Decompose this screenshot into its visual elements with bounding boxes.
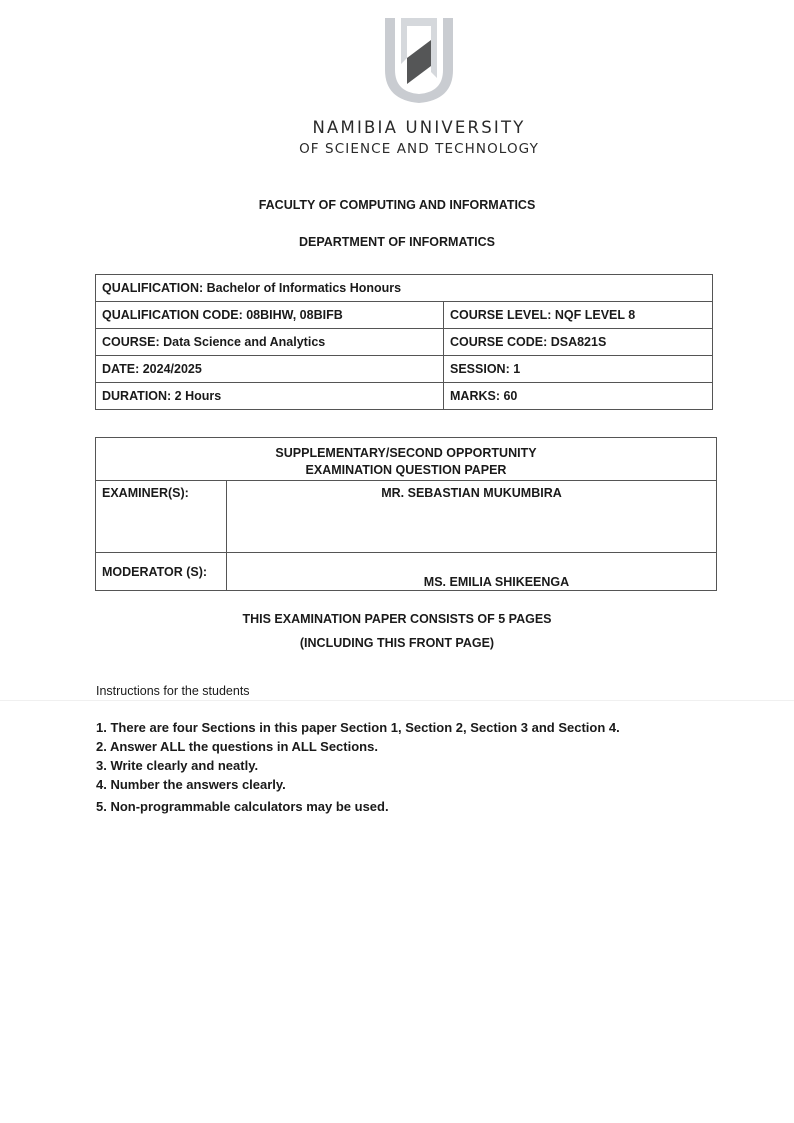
exam-type-line2: EXAMINATION QUESTION PAPER [102, 462, 710, 479]
table-row: QUALIFICATION CODE: 08BIHW, 08BIFB COURS… [96, 302, 713, 329]
table-row: DURATION: 2 Hours MARKS: 60 [96, 383, 713, 410]
course-details-table: QUALIFICATION: Bachelor of Informatics H… [95, 274, 713, 410]
instruction-item: 2. Answer ALL the questions in ALL Secti… [96, 737, 620, 756]
session-cell: SESSION: 1 [444, 356, 713, 383]
table-row: DATE: 2024/2025 SESSION: 1 [96, 356, 713, 383]
faculty-title: FACULTY OF COMPUTING AND INFORMATICS [0, 198, 794, 212]
university-name: NAMIBIA UNIVERSITY [0, 118, 794, 137]
exam-type-line1: SUPPLEMENTARY/SECOND OPPORTUNITY [102, 445, 710, 462]
nust-shield-logo-icon [371, 8, 467, 104]
course-level-cell: COURSE LEVEL: NQF LEVEL 8 [444, 302, 713, 329]
table-row: EXAMINER(S): MR. SEBASTIAN MUKUMBIRA [96, 481, 717, 553]
scan-artifact-line [0, 700, 794, 701]
instructions-list: 1. There are four Sections in this paper… [96, 718, 620, 816]
instruction-item: 3. Write clearly and neatly. [96, 756, 620, 775]
moderator-label: MODERATOR (S): [96, 553, 227, 591]
instructions-heading: Instructions for the students [96, 684, 250, 698]
duration-cell: DURATION: 2 Hours [96, 383, 444, 410]
instruction-item: 1. There are four Sections in this paper… [96, 718, 620, 737]
instruction-item: 4. Number the answers clearly. [96, 775, 620, 794]
moderator-value: MS. EMILIA SHIKEENGA [227, 553, 717, 591]
table-row: MODERATOR (S): MS. EMILIA SHIKEENGA [96, 553, 717, 591]
table-row: SUPPLEMENTARY/SECOND OPPORTUNITY EXAMINA… [96, 438, 717, 481]
page-count-notice: THIS EXAMINATION PAPER CONSISTS OF 5 PAG… [0, 612, 794, 626]
qualification-code-cell: QUALIFICATION CODE: 08BIHW, 08BIFB [96, 302, 444, 329]
table-row: QUALIFICATION: Bachelor of Informatics H… [96, 275, 713, 302]
department-title: DEPARTMENT OF INFORMATICS [0, 235, 794, 249]
qualification-cell: QUALIFICATION: Bachelor of Informatics H… [96, 275, 713, 302]
course-code-cell: COURSE CODE: DSA821S [444, 329, 713, 356]
marks-cell: MARKS: 60 [444, 383, 713, 410]
exam-info-table: SUPPLEMENTARY/SECOND OPPORTUNITY EXAMINA… [95, 437, 717, 591]
examiner-value: MR. SEBASTIAN MUKUMBIRA [227, 481, 717, 553]
course-cell: COURSE: Data Science and Analytics [96, 329, 444, 356]
page-count-note: (INCLUDING THIS FRONT PAGE) [0, 636, 794, 650]
university-subtitle: OF SCIENCE AND TECHNOLOGY [0, 141, 794, 157]
examiner-label: EXAMINER(S): [96, 481, 227, 553]
date-cell: DATE: 2024/2025 [96, 356, 444, 383]
exam-type-cell: SUPPLEMENTARY/SECOND OPPORTUNITY EXAMINA… [96, 438, 717, 481]
table-row: COURSE: Data Science and Analytics COURS… [96, 329, 713, 356]
instruction-item: 5. Non-programmable calculators may be u… [96, 797, 620, 816]
